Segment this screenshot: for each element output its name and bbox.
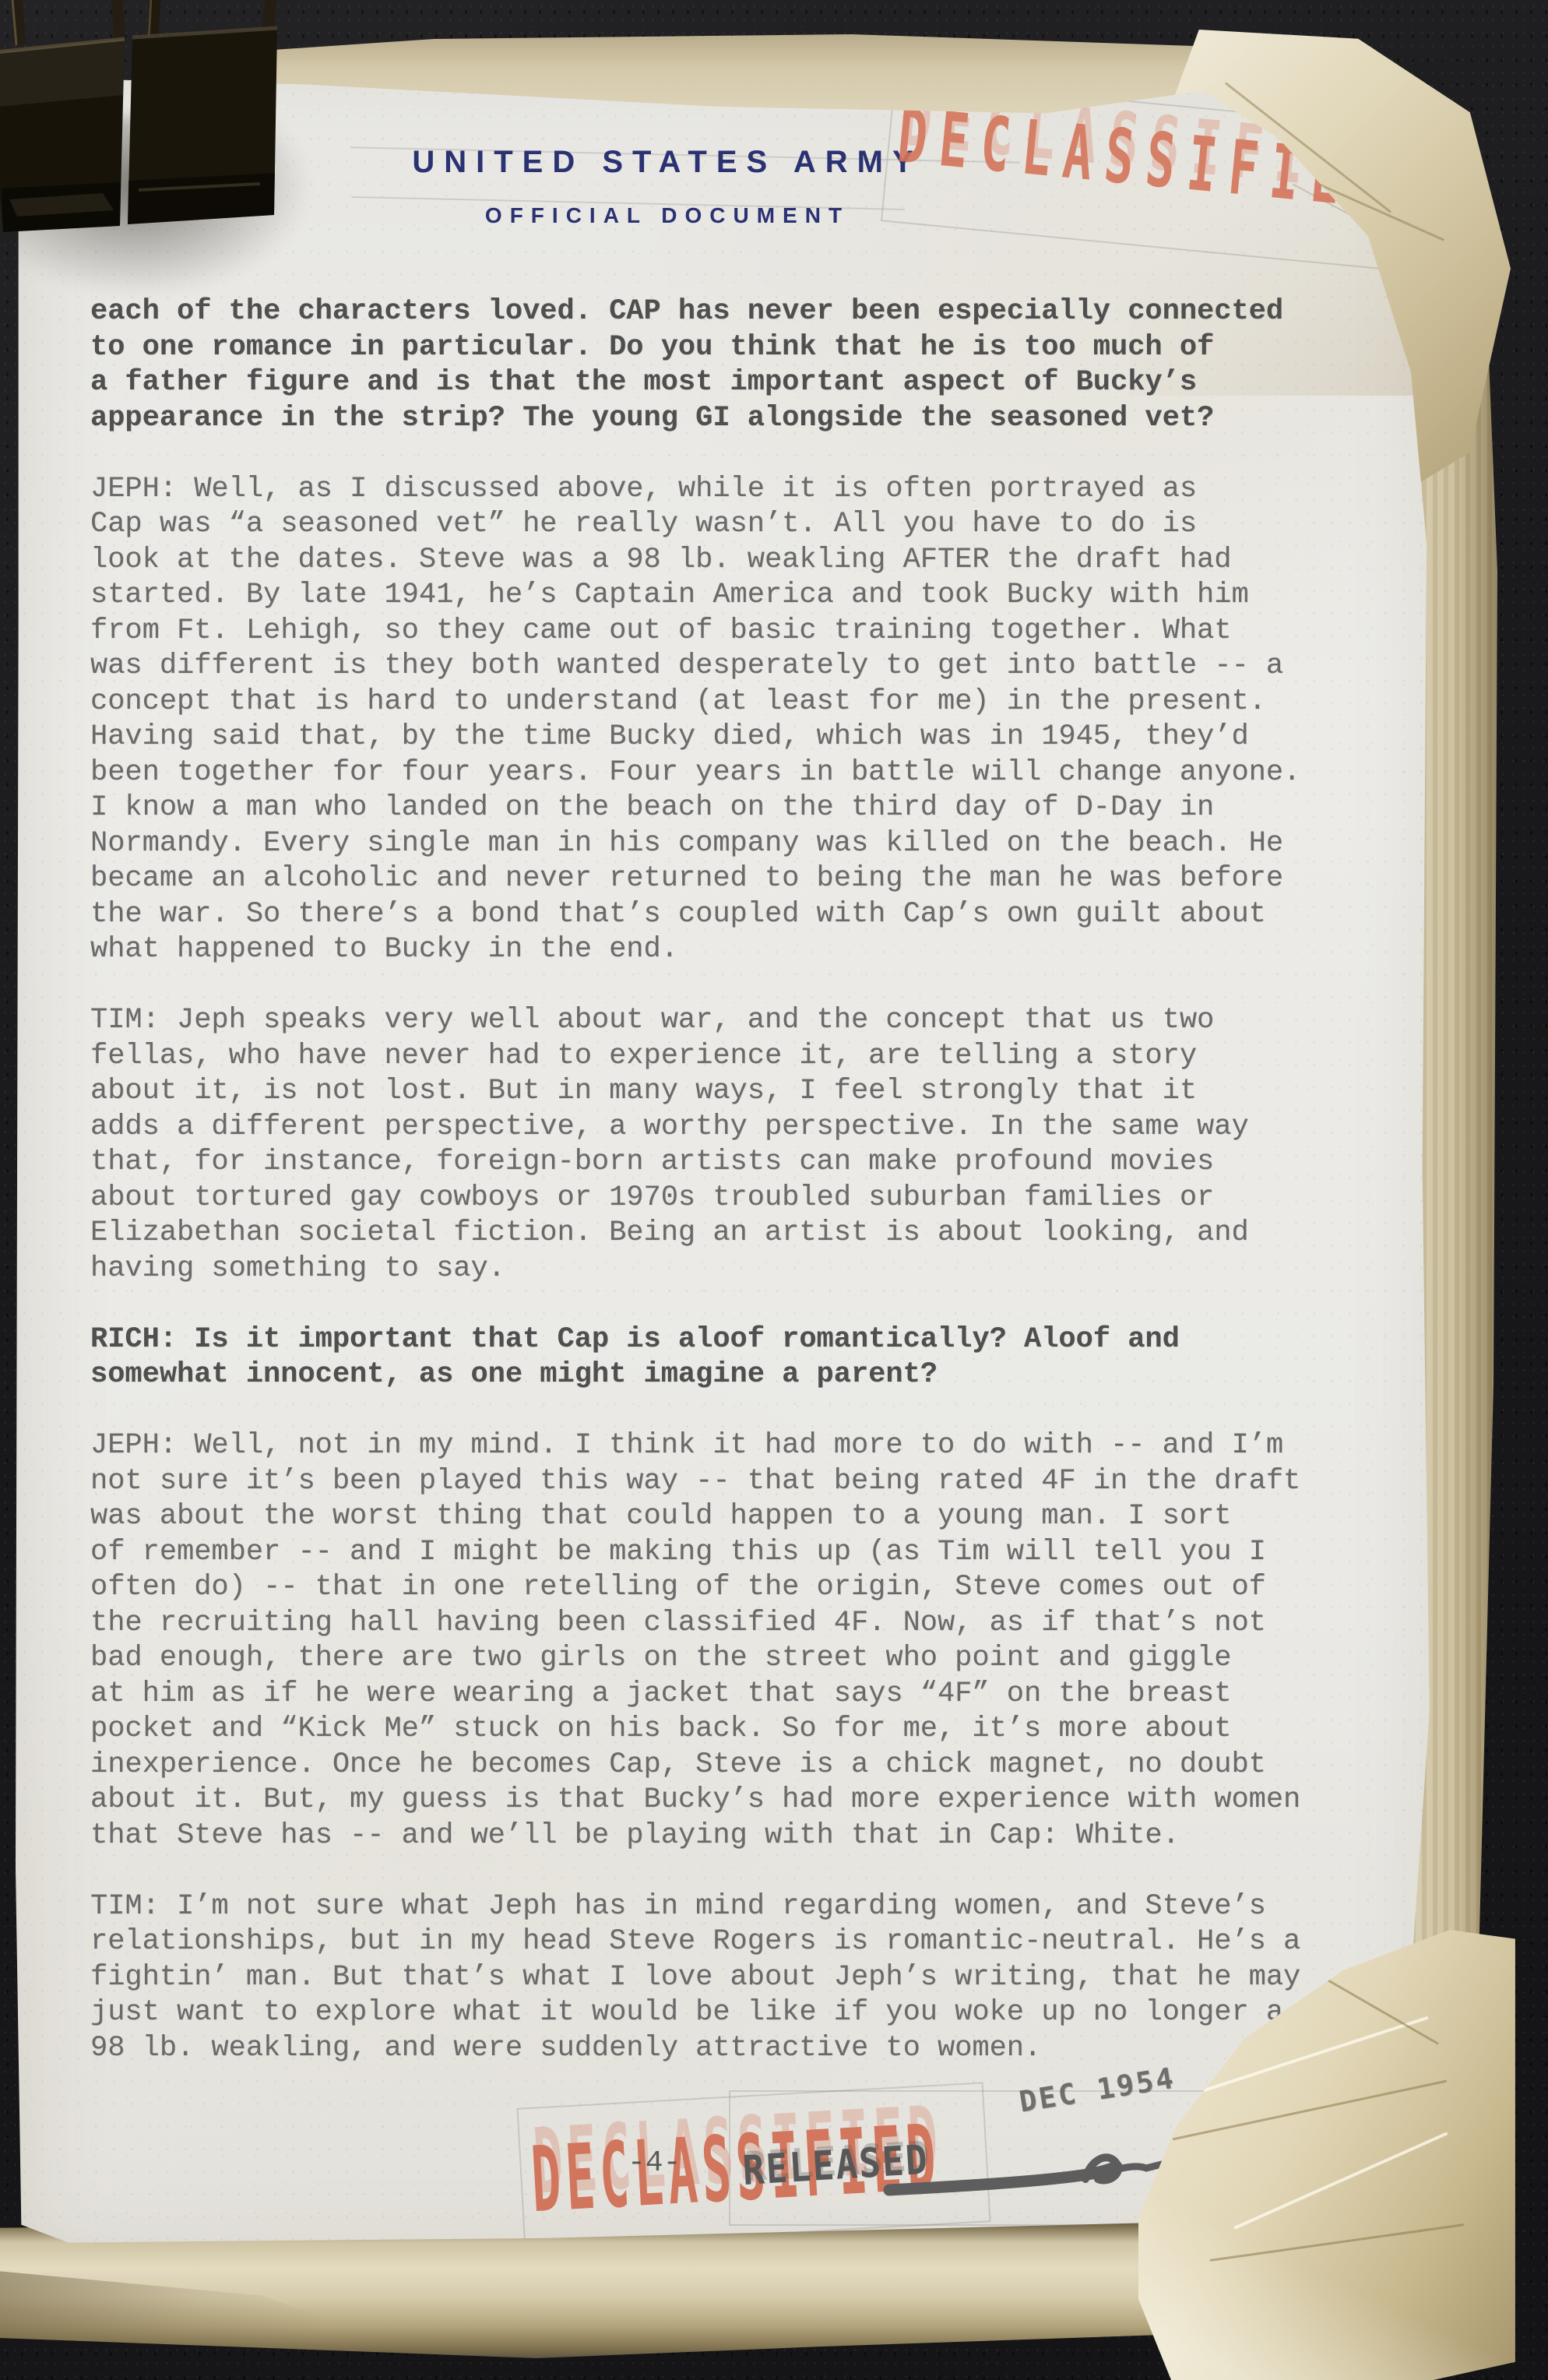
page-number: -4- (628, 2146, 681, 2180)
jeph-answer-1: JEPH: Well, as I discussed above, while … (90, 472, 1367, 968)
tim-answer-1: TIM: Jeph speaks very well about war, an… (90, 1003, 1367, 1287)
jeph-answer-2: JEPH: Well, not in my mind. I think it h… (90, 1428, 1367, 1854)
binder-clip (0, 0, 309, 259)
document-page: UNITED STATES ARMY OFFICIAL DOCUMENT DEC… (16, 37, 1445, 2269)
tim-answer-2: TIM: I’m not sure what Jeph has in mind … (90, 1889, 1367, 2067)
typewritten-body: each of the characters loved. CAP has ne… (90, 294, 1367, 2102)
rich-question-aloof: RICH: Is it important that Cap is aloof … (90, 1322, 1367, 1393)
declassified-document-scene: UNITED STATES ARMY OFFICIAL DOCUMENT DEC… (0, 0, 1548, 2380)
interview-question-romance: each of the characters loved. CAP has ne… (90, 294, 1367, 436)
